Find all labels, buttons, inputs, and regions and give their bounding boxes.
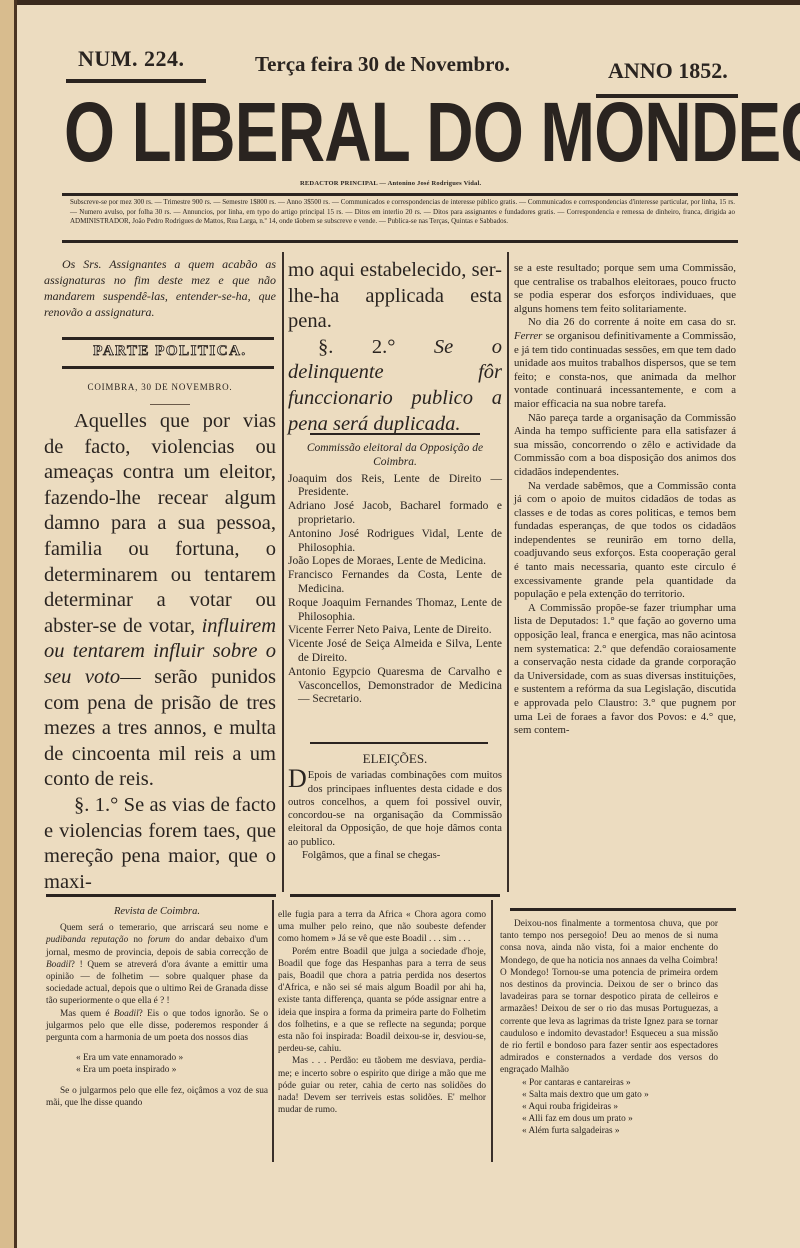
column-end-rule-2	[290, 894, 500, 897]
notice-text: Os Srs. Assignantes a quem acabão as ass…	[44, 256, 276, 320]
column-end-rule	[46, 894, 276, 897]
folhetim-column-3: Deixou-nos finalmente a tormentosa chuva…	[500, 918, 718, 1138]
dateline: COIMBRA, 30 DE NOVEMBRO.	[44, 382, 276, 392]
verse-line: « Aqui rouba frigideiras »	[522, 1101, 718, 1113]
elections-article: ELEIÇÕES. DEpois de variadas combinações…	[288, 752, 502, 862]
subscription-rule	[62, 240, 738, 243]
elections-title: ELEIÇÕES.	[288, 752, 502, 765]
folhetim-paragraph: Mas quem é Boadil? Eis o que todos ignor…	[46, 1008, 268, 1045]
issue-year: ANNO 1852.	[608, 58, 728, 84]
elections-paragraph-6: A Commissão propõe-se fazer triumphar um…	[514, 602, 736, 738]
verse-line: « Além furta salgadeiras »	[522, 1125, 718, 1137]
commission-member: Vicente José de Seiça Almeida e Silva, L…	[288, 638, 502, 666]
folhetim-paragraph: Porém entre Boadil que julga a sociedade…	[278, 946, 486, 1056]
editor-line: REDACTOR PRINCIPAL — Antonino José Rodri…	[300, 180, 481, 187]
folhetim-divider-2	[491, 900, 493, 1162]
law-section-1: §. 1.° Se as vias de facto e violencias …	[44, 793, 276, 895]
commission-list: Commissão eleitoral da Opposição de Coim…	[288, 442, 502, 707]
section-title: PARTE POLITICA.	[70, 343, 270, 360]
elections-paragraph-2: Folgâmos, que a final se chegas-	[288, 849, 502, 862]
column-divider-1	[282, 252, 284, 892]
folhetim-paragraph: Se o julgarmos pelo que elle fez, oiçâmo…	[46, 1085, 268, 1109]
commission-member: João Lopes de Moraes, Lente de Medicina.	[288, 555, 502, 569]
verse-block: « Era um vate ennamorado » « Era um poet…	[46, 1052, 268, 1076]
elections-paragraph-2-cont: se a este resultado; porque sem uma Comm…	[514, 262, 736, 316]
commission-member: Antonio Egypcio Quaresma de Carvalho e V…	[288, 666, 502, 707]
ornamental-rule-1	[310, 433, 480, 435]
masthead-title: O LIBERAL DO MONDEGO.	[64, 86, 587, 178]
drop-cap: D	[288, 769, 307, 789]
commission-title: Commissão eleitoral da Opposição de Coim…	[288, 442, 502, 470]
folhetim-column-2: elle fugia para a terra da Africa « Chor…	[278, 909, 486, 1116]
elections-paragraph-3: No dia 26 do corrente á noite em casa do…	[514, 316, 736, 411]
subscriber-notice: Os Srs. Assignantes a quem acabão as ass…	[44, 256, 276, 320]
law-paragraph: Aquelles que por vias de facto, violenci…	[44, 409, 276, 793]
subscription-info: Subscreve-se por mez 300 rs. — Trimestre…	[70, 198, 735, 227]
column-divider-2	[507, 252, 509, 892]
commission-member: Joaquim dos Reis, Lente de Direito — Pre…	[288, 473, 502, 501]
law-article: Aquelles que por vias de facto, violenci…	[44, 409, 276, 895]
commission-member: Roque Joaquim Fernandes Thomaz, Lente de…	[288, 597, 502, 625]
commission-member: Antonino José Rodrigues Vidal, Lente de …	[288, 528, 502, 556]
commission-member: Adriano José Jacob, Bacharel formado e p…	[288, 500, 502, 528]
masthead-rule	[62, 193, 738, 196]
header-rule-left	[66, 79, 206, 83]
law-continuation: mo aqui estabelecido, ser-lhe-ha applica…	[288, 258, 502, 335]
folhetim-title: Revista de Coimbra.	[46, 906, 268, 918]
verse-line: « Era um vate ennamorado »	[76, 1052, 268, 1064]
dateline-rule	[150, 404, 190, 405]
elections-paragraph-1: DEpois de variadas combinações com muito…	[288, 769, 502, 849]
binding-margin	[0, 0, 14, 1248]
folhetim-divider-1	[272, 900, 274, 1162]
section-rule-top	[62, 337, 274, 340]
folhetim-paragraph: Quem será o temerario, que arriscará seu…	[46, 922, 268, 1007]
law-article-continued: mo aqui estabelecido, ser-lhe-ha applica…	[288, 258, 502, 437]
elections-paragraph-4: Não pareça tarde a organisação da Commis…	[514, 412, 736, 480]
folhetim-paragraph: Deixou-nos finalmente a tormentosa chuva…	[500, 918, 718, 1077]
commission-member: Vicente Ferrer Neto Paiva, Lente de Dire…	[288, 624, 502, 638]
issue-number: NUM. 224.	[78, 46, 185, 72]
commission-member: Francisco Fernandes da Costa, Lente de M…	[288, 569, 502, 597]
verse-line: « Era um poeta inspirado »	[76, 1064, 268, 1076]
folhetim-paragraph: Mas . . . Perdão: eu tãobem me desviava,…	[278, 1055, 486, 1116]
column-end-rule-3	[510, 908, 736, 911]
elections-paragraph-5: Na verdade sabêmos, que a Commissão cont…	[514, 480, 736, 602]
verse-line: « Salta mais dextro que um gato »	[522, 1089, 718, 1101]
folhetim-paragraph: elle fugia para a terra da Africa « Chor…	[278, 909, 486, 946]
law-section-2: §. 2.° Se o delinquente fôr funccionario…	[288, 335, 502, 437]
issue-date: Terça feira 30 de Novembro.	[255, 52, 510, 77]
elections-continued: se a este resultado; porque sem uma Comm…	[514, 262, 736, 738]
verse-line: « Alli faz em dous um prato »	[522, 1113, 718, 1125]
verse-line: « Por cantaras e cantareiras »	[522, 1077, 718, 1089]
verse-block: « Por cantaras e cantareiras » « Salta m…	[500, 1077, 718, 1138]
ornamental-rule-2	[310, 742, 488, 744]
folhetim-column-1: Revista de Coimbra. Quem será o temerari…	[46, 906, 268, 1109]
section-rule-bottom	[62, 366, 274, 369]
